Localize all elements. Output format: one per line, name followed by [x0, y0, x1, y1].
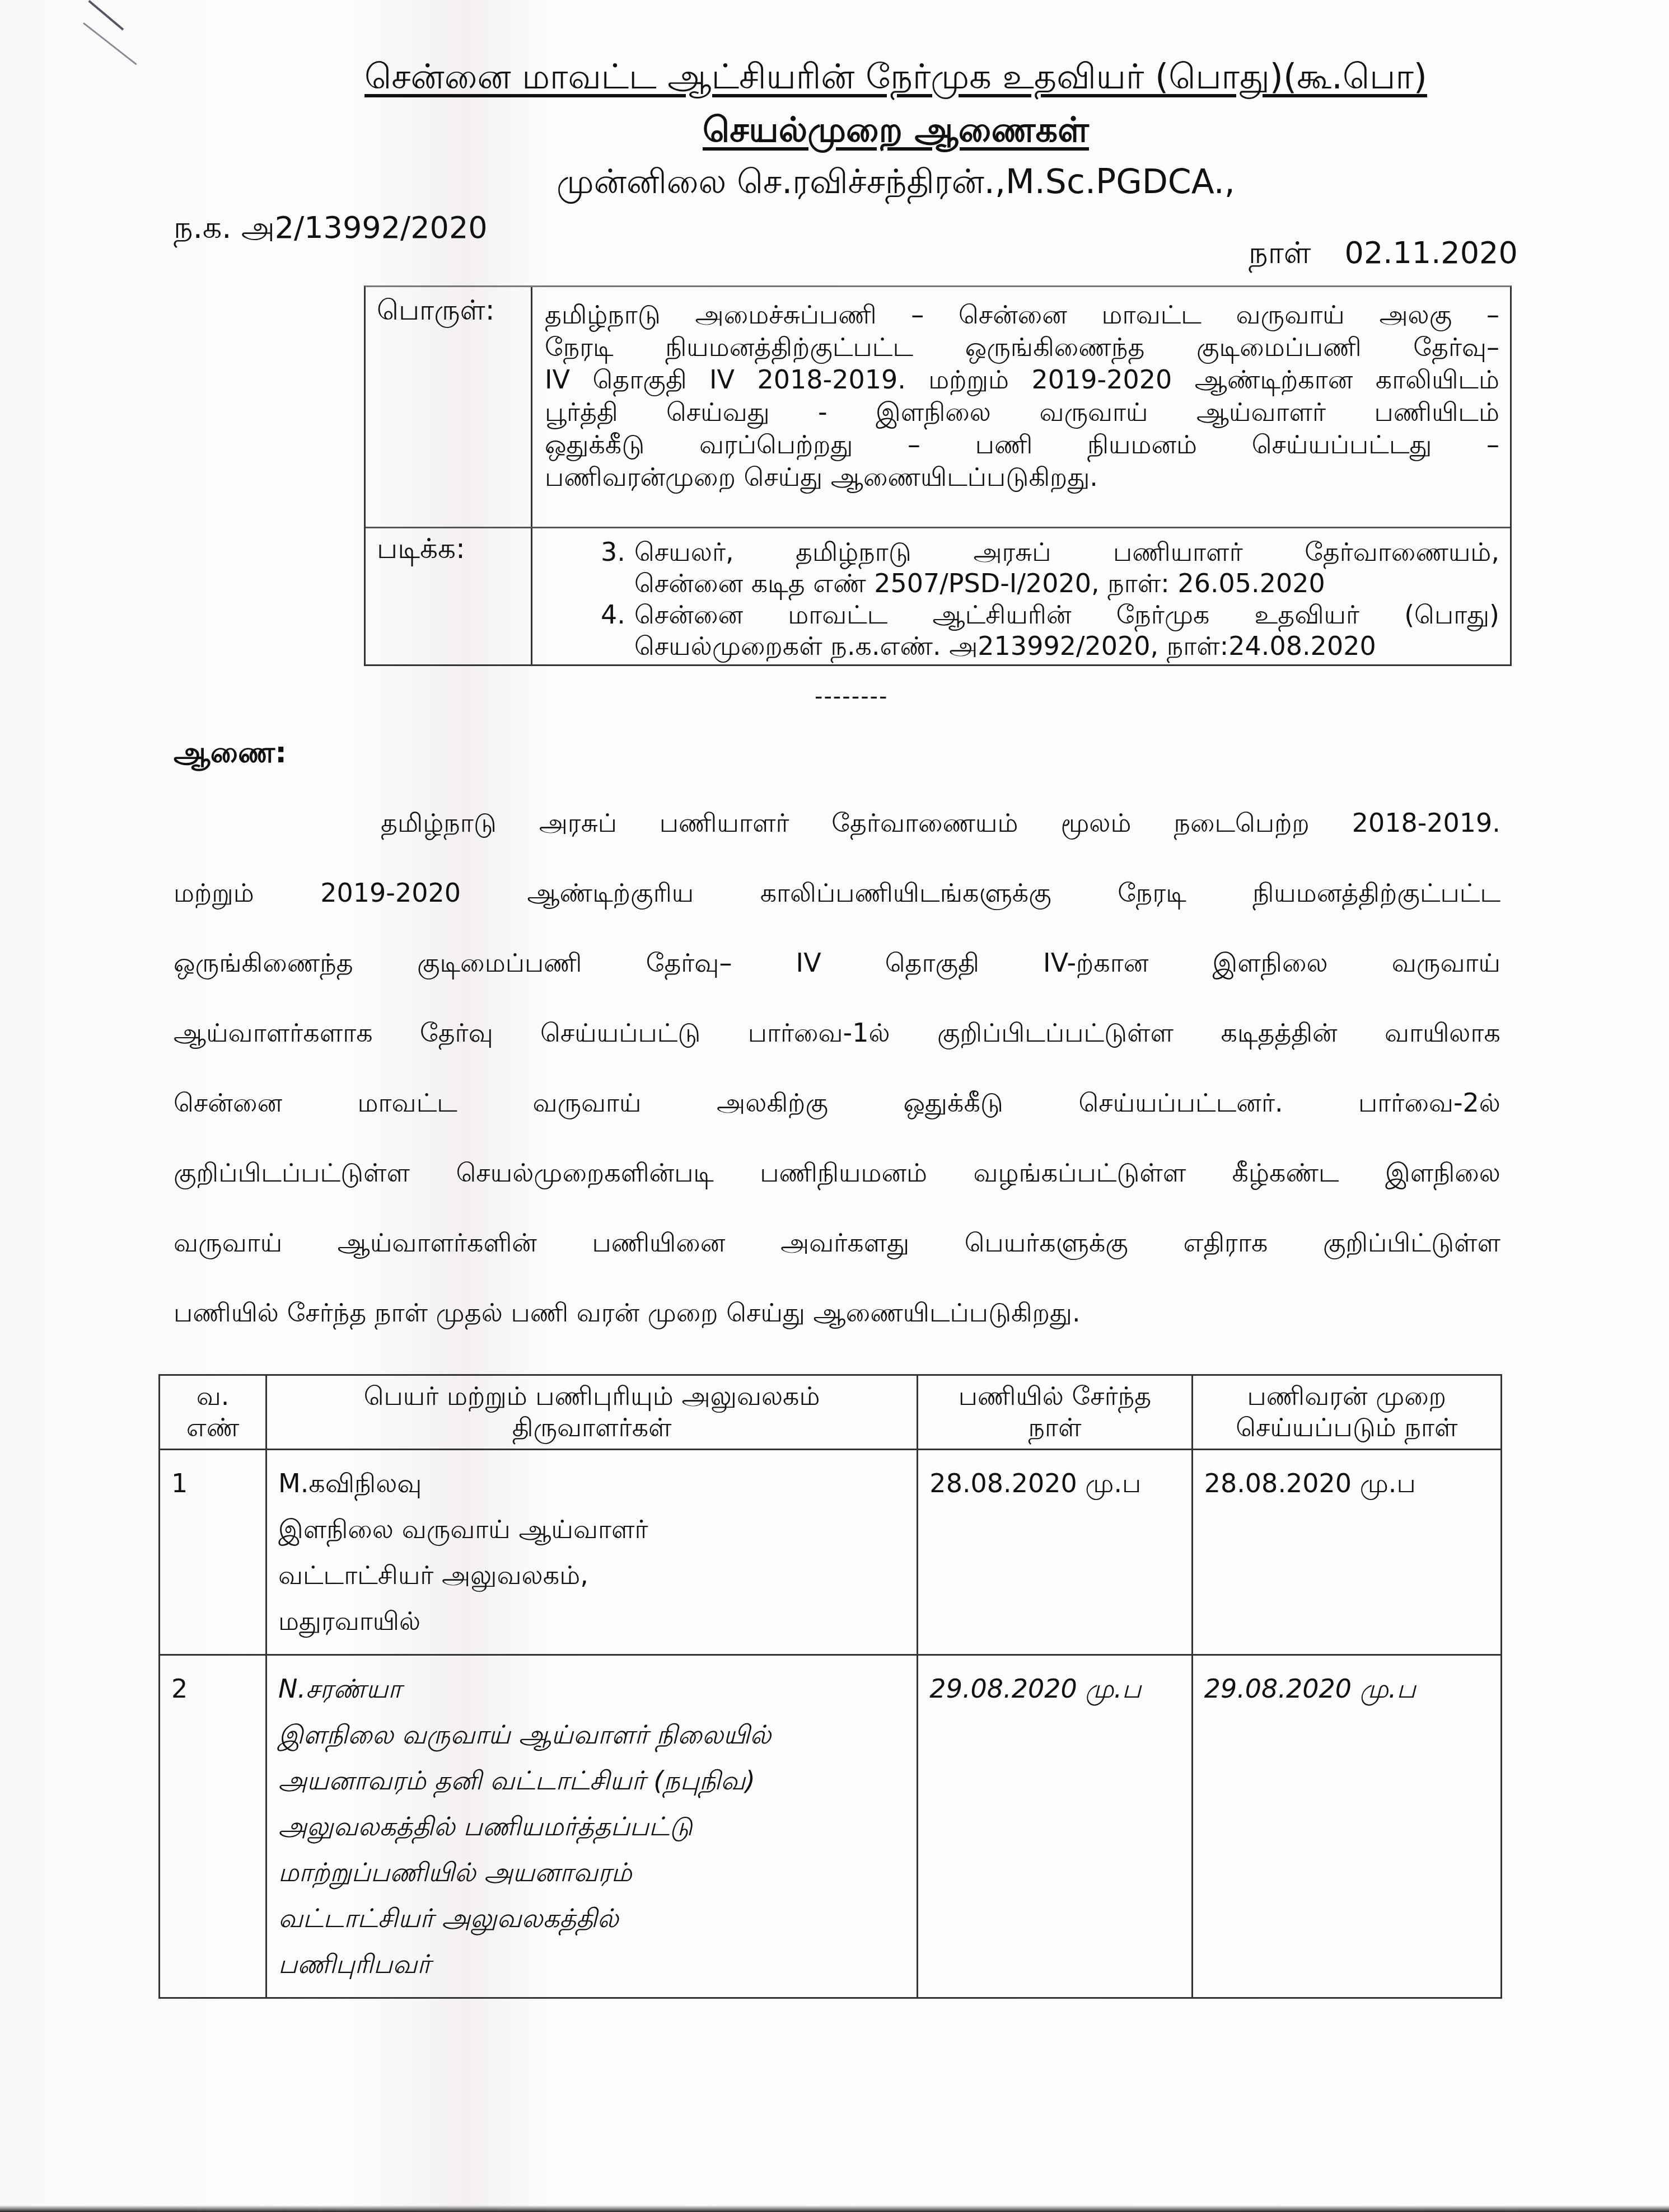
document-type-title: செயல்முறை ஆணைகள் — [0, 109, 1669, 155]
cell-joining-date: 29.08.2020 மு.ப — [918, 1655, 1192, 1998]
cell-regularisation-date: 29.08.2020 மு.ப — [1192, 1655, 1501, 1998]
order-paragraph: தமிழ்நாடு அரசுப் பணியாளர் தேர்வாணையம் மூ… — [174, 806, 1500, 1366]
subject-line: நேரடி நியமனத்திற்குட்பட்ட ஒருங்கிணைந்த க… — [545, 331, 1499, 363]
date-value: 02.11.2020 — [1345, 235, 1518, 270]
reference-number-item: 3. — [601, 536, 625, 568]
reference-number-item: 4. — [601, 599, 625, 630]
office-line: இளநிலை வருவாய் ஆய்வாளர் நிலையில் — [278, 1712, 905, 1758]
reference-item: 4. சென்னை மாவட்ட ஆட்சியரின் நேர்முக உதவி… — [545, 599, 1499, 662]
regularisation-table: வ. எண் பெயர் மற்றும் பணிபுரியும் அலுவலகம… — [158, 1374, 1502, 1999]
reference-line: சென்னை மாவட்ட ஆட்சியரின் நேர்முக உதவியர்… — [634, 599, 1499, 630]
cell-serial: 2 — [160, 1655, 267, 1998]
subject-reference-box: பொருள்: தமிழ்நாடு அமைச்சுப்பணி – சென்னை … — [364, 285, 1512, 666]
reference-item: 3. செயலர், தமிழ்நாடு அரசுப் பணியாளர் தேர… — [545, 536, 1499, 599]
subject-line: IV தொகுதி IV 2018-2019. மற்றும் 2019-202… — [545, 363, 1499, 396]
header-serial-number: வ. எண் — [160, 1375, 267, 1450]
table-row: 2 N.சரண்யா இளநிலை வருவாய் ஆய்வாளர் நிலைய… — [160, 1655, 1502, 1998]
paragraph-line: பணியில் சேர்ந்த நாள் முதல் பணி வரன் முறை… — [174, 1296, 1500, 1366]
reference-line: சென்னை கடித எண் 2507/PSD-I/2020, நாள்: 2… — [634, 568, 1499, 599]
cell-name-office: N.சரண்யா இளநிலை வருவாய் ஆய்வாளர் நிலையில… — [266, 1655, 917, 1998]
office-line: அலுவலகத்தில் பணியமர்த்தப்பட்டு — [278, 1803, 905, 1849]
subject-text: தமிழ்நாடு அமைச்சுப்பணி – சென்னை மாவட்ட வ… — [545, 298, 1499, 493]
subject-line: ஒதுக்கீடு வரப்பெற்றது – பணி நியமனம் செய்… — [545, 428, 1499, 461]
office-line: இளநிலை வருவாய் ஆய்வாளர் — [278, 1506, 905, 1552]
cell-joining-date: 28.08.2020 மு.ப — [918, 1450, 1192, 1655]
office-line: மதுரவாயில் — [278, 1598, 905, 1644]
pen-mark — [88, 0, 124, 30]
header-name-office: பெயர் மற்றும் பணிபுரியும் அலுவலகம் திருவ… — [266, 1375, 917, 1450]
paragraph-line: மற்றும் 2019-2020 ஆண்டிற்குரிய காலிப்பணி… — [174, 876, 1500, 946]
subject-line: தமிழ்நாடு அமைச்சுப்பணி – சென்னை மாவட்ட வ… — [545, 298, 1499, 331]
office-line: வட்டாட்சியர் அலுவலகம், — [278, 1552, 905, 1598]
table-header-row: வ. எண் பெயர் மற்றும் பணிபுரியும் அலுவலகம… — [160, 1375, 1502, 1450]
subject-line: பூர்த்தி செய்வது - இளநிலை வருவாய் ஆய்வாள… — [545, 396, 1499, 428]
header-regularisation-date: பணிவரன் முறை செய்யப்படும் நாள் — [1192, 1375, 1501, 1450]
paragraph-line: குறிப்பிடப்பட்டுள்ள செயல்முறைகளின்படி பண… — [174, 1156, 1500, 1226]
subject-label: பொருள்: — [377, 294, 495, 330]
separator: -------- — [815, 684, 888, 710]
office-line: அயனாவரம் தனி வட்டாட்சியர் (நபுநிவ) — [278, 1758, 905, 1803]
order-date: நாள்02.11.2020 — [1249, 235, 1518, 275]
paragraph-line: ஒருங்கிணைந்த குடிமைப்பணி தேர்வு– IV தொகு… — [174, 946, 1500, 1016]
reference-list: 3. செயலர், தமிழ்நாடு அரசுப் பணியாளர் தேர… — [545, 536, 1499, 662]
subject-line: பணிவரன்முறை செய்து ஆணையிடப்படுகிறது. — [545, 461, 1499, 493]
cell-regularisation-date: 28.08.2020 மு.ப — [1192, 1450, 1501, 1655]
reference-line: செயல்முறைகள் ந.க.எண். அ213992/2020, நாள்… — [634, 630, 1499, 662]
scanned-page: சென்னை மாவட்ட ஆட்சியரின் நேர்முக உதவியர்… — [0, 0, 1669, 2212]
order-heading: ஆணை: — [174, 736, 287, 774]
date-label: நாள் — [1249, 235, 1311, 270]
office-line: மாற்றுப்பணியில் அயனாவரம் — [278, 1849, 905, 1895]
paragraph-line: வருவாய் ஆய்வாளர்களின் பணியினை அவர்களது ப… — [174, 1226, 1500, 1296]
paragraph-line: ஆய்வாளர்களாக தேர்வு செய்யப்பட்டு பார்வை-… — [174, 1016, 1500, 1086]
employee-name: N.சரண்யா — [278, 1666, 905, 1712]
presiding-officer: முன்னிலை செ.ரவிச்சந்திரன்.,M.Sc.PGDCA., — [0, 162, 1669, 206]
reference-line: செயலர், தமிழ்நாடு அரசுப் பணியாளர் தேர்வா… — [634, 536, 1499, 568]
office-line: பணிபுரிபவர் — [278, 1941, 905, 1987]
reference-label: படிக்க: — [377, 532, 465, 569]
office-line: வட்டாட்சியர் அலுவலகத்தில் — [278, 1895, 905, 1941]
reference-number: ந.க. அ2/13992/2020 — [174, 210, 488, 250]
header-joining-date: பணியில் சேர்ந்த நாள் — [918, 1375, 1192, 1450]
paragraph-line: சென்னை மாவட்ட வருவாய் அலகிற்கு ஒதுக்கீடு… — [174, 1086, 1500, 1156]
cell-name-office: M.கவிநிலவு இளநிலை வருவாய் ஆய்வாளர் வட்டா… — [266, 1450, 917, 1655]
employee-name: M.கவிநிலவு — [278, 1460, 905, 1506]
table-row: 1 M.கவிநிலவு இளநிலை வருவாய் ஆய்வாளர் வட்… — [160, 1450, 1502, 1655]
page-edge-shadow — [0, 2205, 1669, 2212]
cell-serial: 1 — [160, 1450, 267, 1655]
paragraph-line: தமிழ்நாடு அரசுப் பணியாளர் தேர்வாணையம் மூ… — [174, 806, 1500, 876]
box-divider — [531, 287, 532, 664]
box-divider — [366, 527, 1510, 528]
office-title: சென்னை மாவட்ட ஆட்சியரின் நேர்முக உதவியர்… — [0, 56, 1669, 102]
